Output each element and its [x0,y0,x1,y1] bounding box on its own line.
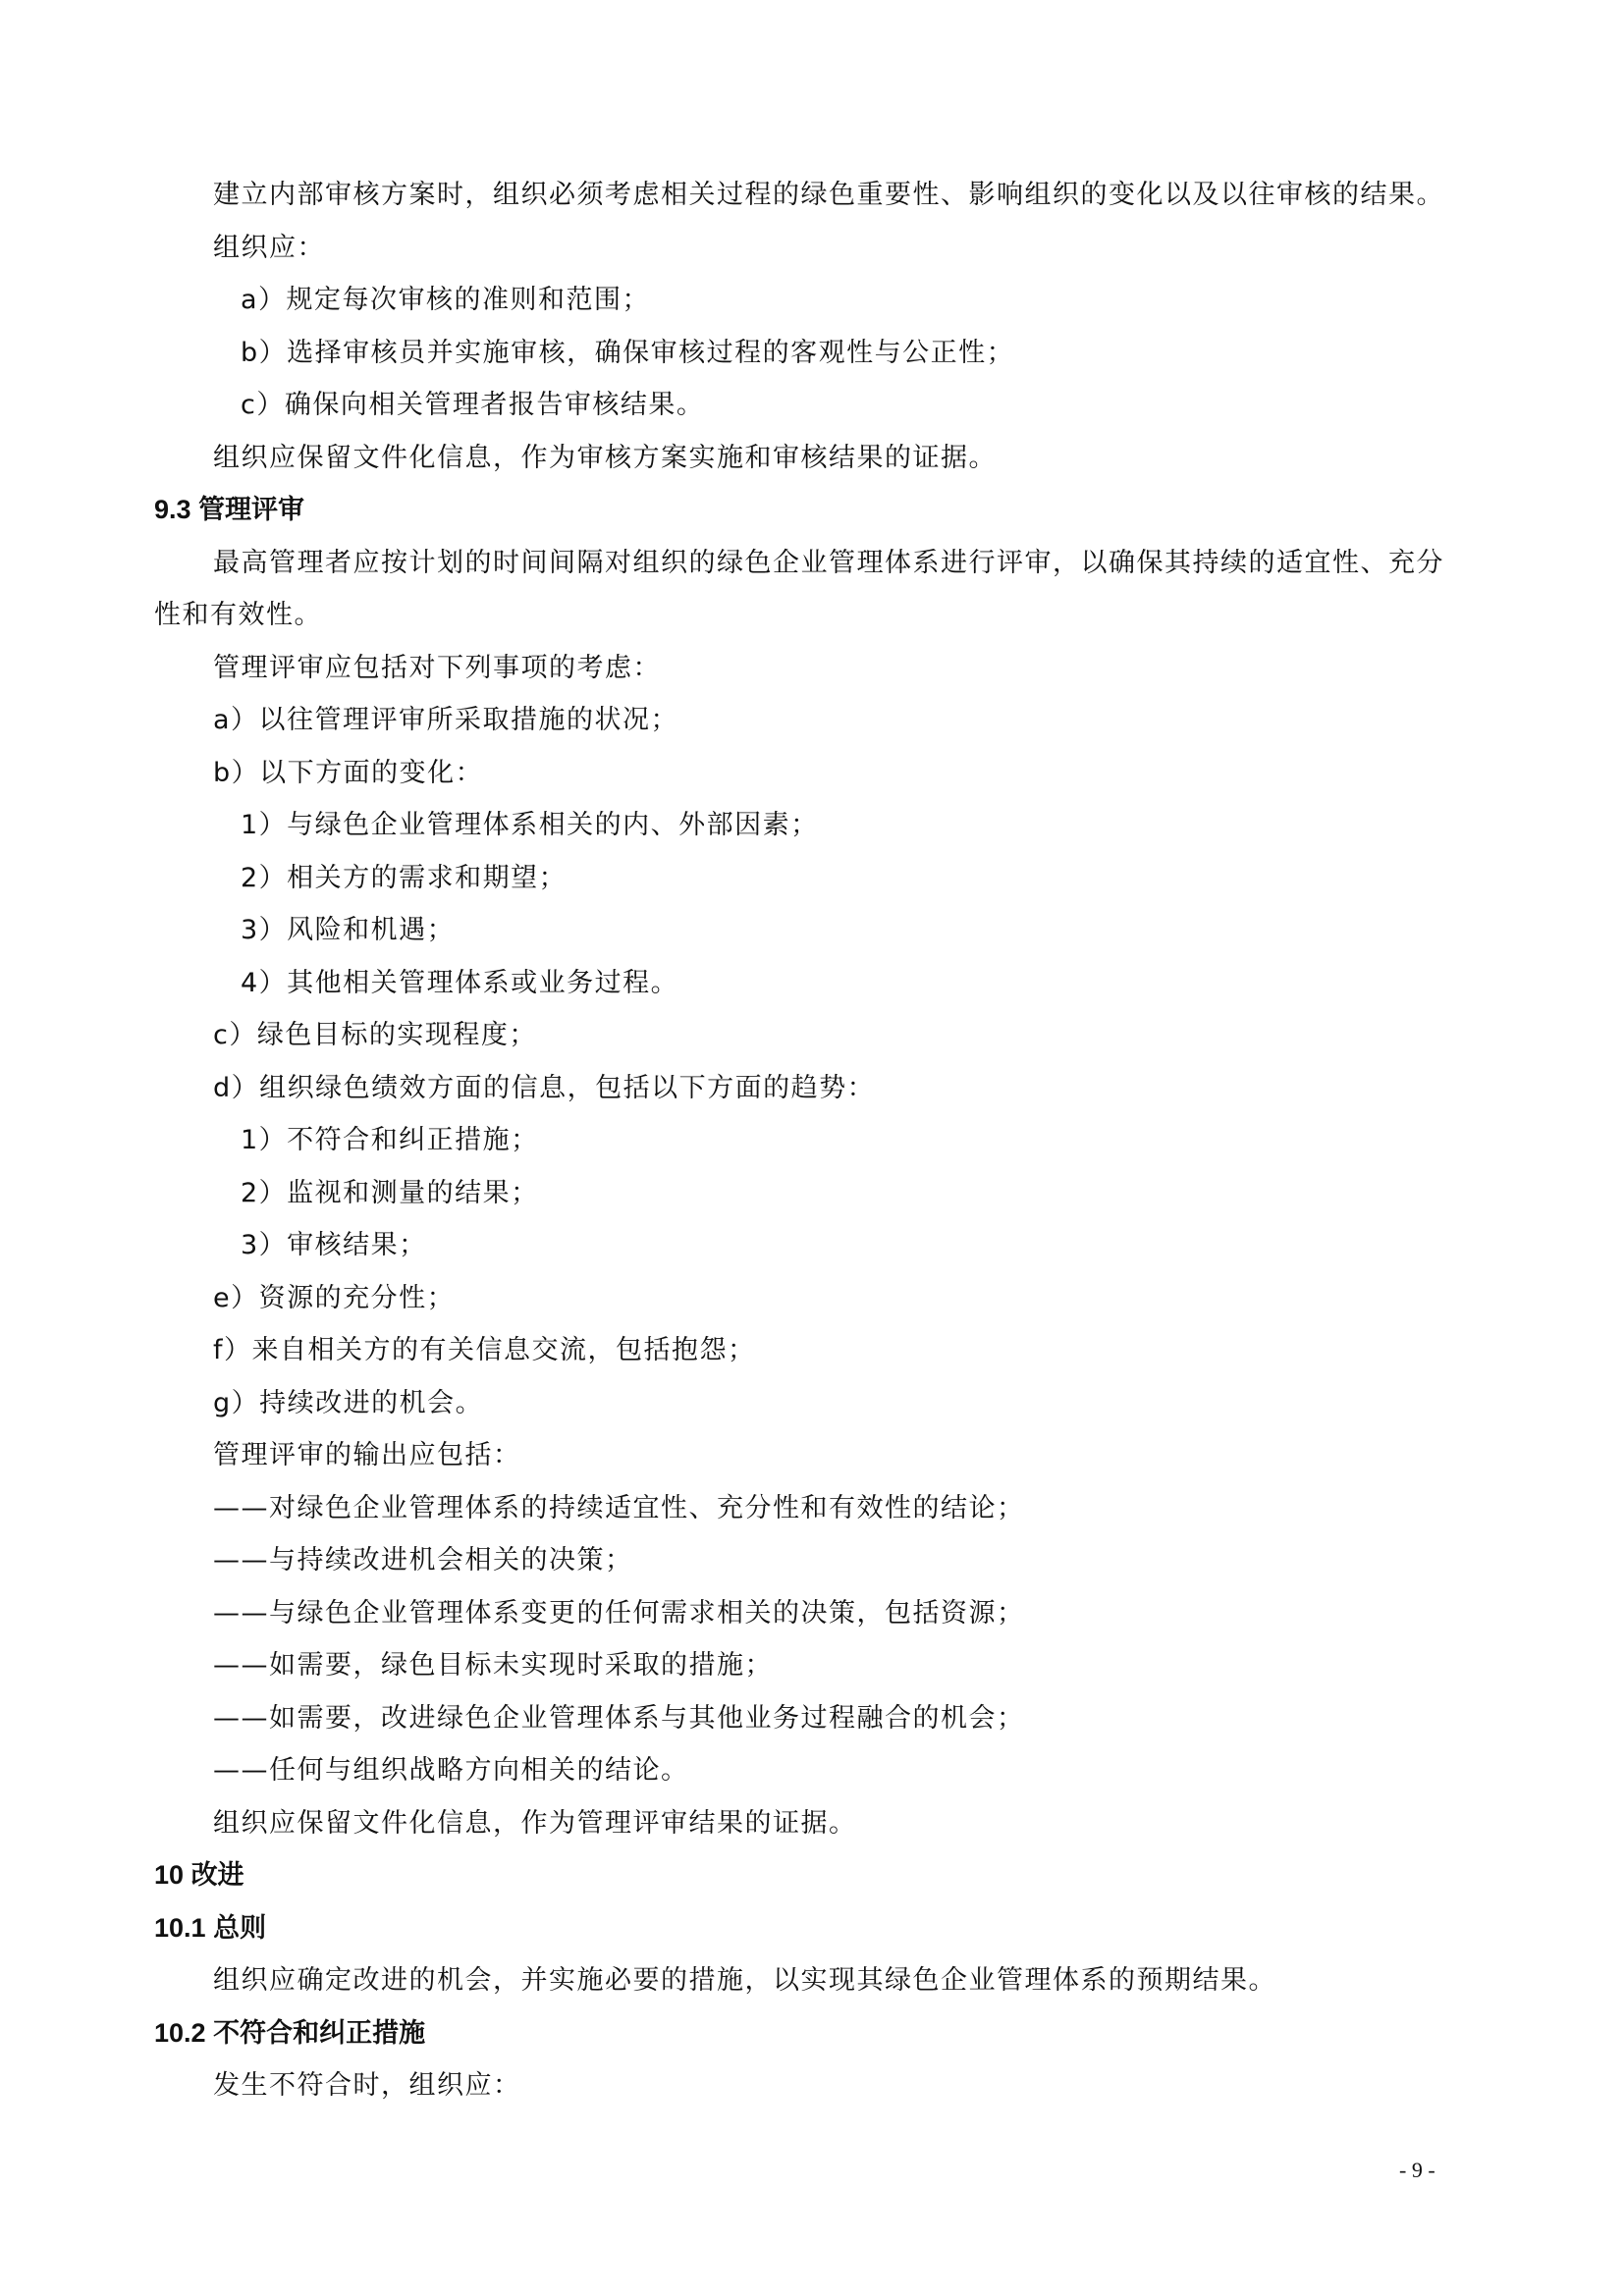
review-paragraph-line2: 性和有效性。 [154,589,1475,642]
review-input-subitem: 2）相关方的需求和期望； [154,852,1475,905]
review-output-item: ——与持续改进机会相关的决策； [154,1534,1475,1587]
section-title: 管理评审 [198,495,304,524]
section-number: 10 [154,1860,184,1890]
section-number: 10.1 [154,1913,206,1943]
review-output-item: ——如需要，改进绿色企业管理体系与其他业务过程融合的机会； [154,1692,1475,1745]
document-page: 建立内部审核方案时，组织必须考虑相关过程的绿色重要性、影响组织的变化以及以往审核… [0,0,1624,2296]
audit-lead-text: 组织应： [154,222,1475,275]
review-input-subitem: 2）监视和测量的结果； [154,1167,1475,1220]
review-input-item: f）来自相关方的有关信息交流，包括抱怨； [154,1324,1475,1377]
audit-list-item: b）选择审核员并实施审核，确保审核过程的客观性与公正性； [154,327,1475,380]
section-heading-10: 10 改进 [154,1849,1475,1902]
section-title: 不符合和纠正措施 [213,2018,425,2048]
review-input-subitem: 1）与绿色企业管理体系相关的内、外部因素； [154,799,1475,852]
page-content: 建立内部审核方案时，组织必须考虑相关过程的绿色重要性、影响组织的变化以及以往审核… [154,169,1475,2112]
section-number: 9.3 [154,495,191,524]
review-output-item: ——对绿色企业管理体系的持续适宜性、充分性和有效性的结论； [154,1482,1475,1535]
review-input-subitem: 3）风险和机遇； [154,904,1475,957]
review-output-item: ——与绿色企业管理体系变更的任何需求相关的决策，包括资源； [154,1587,1475,1640]
review-input-item: g）持续改进的机会。 [154,1377,1475,1430]
section-number: 10.2 [154,2018,206,2048]
review-input-subitem: 1）不符合和纠正措施； [154,1114,1475,1167]
review-input-item: e）资源的充分性； [154,1272,1475,1325]
general-paragraph: 组织应确定改进的机会，并实施必要的措施，以实现其绿色企业管理体系的预期结果。 [154,1954,1475,2007]
review-input-item: c）绿色目标的实现程度； [154,1009,1475,1062]
section-heading-9-3: 9.3 管理评审 [154,484,1475,537]
section-title: 总则 [213,1913,266,1943]
review-inputs-lead: 管理评审应包括对下列事项的考虑： [154,642,1475,695]
review-outputs-lead: 管理评审的输出应包括： [154,1429,1475,1482]
page-number: - 9 - [1399,2158,1435,2183]
review-input-item: a）以往管理评审所采取措施的状况； [154,694,1475,747]
review-closing-paragraph: 组织应保留文件化信息，作为管理评审结果的证据。 [154,1797,1475,1850]
audit-list-item: a）规定每次审核的准则和范围； [154,274,1475,327]
section-heading-10-1: 10.1 总则 [154,1902,1475,1955]
audit-list-item: c）确保向相关管理者报告审核结果。 [154,379,1475,432]
audit-programme-paragraph: 建立内部审核方案时，组织必须考虑相关过程的绿色重要性、影响组织的变化以及以往审核… [154,169,1475,222]
review-input-item: b）以下方面的变化： [154,747,1475,800]
nonconformity-paragraph: 发生不符合时，组织应： [154,2059,1475,2112]
review-paragraph-line1: 最高管理者应按计划的时间间隔对组织的绿色企业管理体系进行评审，以确保其持续的适宜… [154,537,1475,590]
review-input-subitem: 4）其他相关管理体系或业务过程。 [154,957,1475,1010]
review-input-subitem: 3）审核结果； [154,1219,1475,1272]
audit-closing-paragraph: 组织应保留文件化信息，作为审核方案实施和审核结果的证据。 [154,432,1475,485]
review-output-item: ——任何与组织战略方向相关的结论。 [154,1744,1475,1797]
section-title: 改进 [191,1860,244,1890]
section-heading-10-2: 10.2 不符合和纠正措施 [154,2007,1475,2060]
review-output-item: ——如需要，绿色目标未实现时采取的措施； [154,1639,1475,1692]
review-input-item: d）组织绿色绩效方面的信息，包括以下方面的趋势： [154,1062,1475,1115]
